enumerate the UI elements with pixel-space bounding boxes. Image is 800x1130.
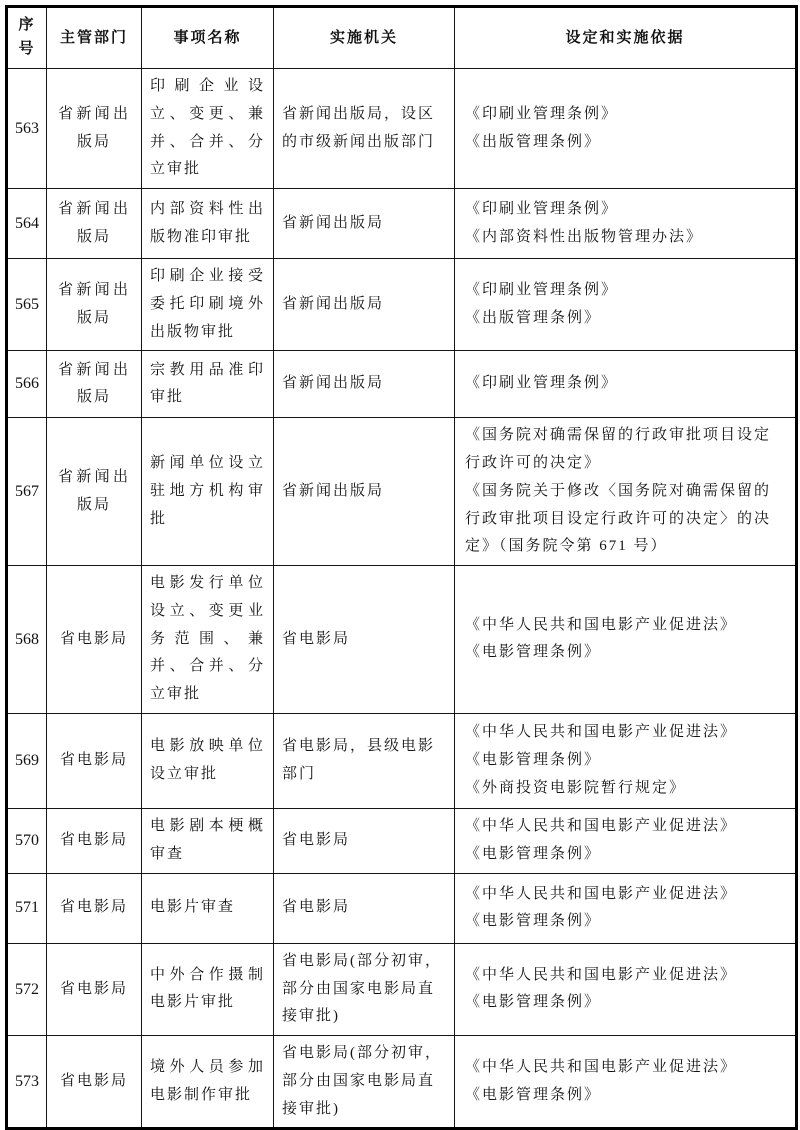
basis-cell: 《中华人民共和国电影产业促进法》 《电影管理条例》 — [455, 566, 797, 714]
agency-cell: 省电影局 — [274, 873, 455, 943]
item-name-cell: 境外人员参加电影制作审批 — [142, 1036, 274, 1129]
serial-cell: 568 — [7, 566, 47, 714]
department-cell: 省电影局 — [47, 1036, 142, 1129]
basis-line: 《中华人民共和国电影产业促进法》 — [465, 1054, 787, 1082]
item-name-cell: 印刷企业接受委托印刷境外出版物审批 — [142, 259, 274, 351]
basis-line: 《国务院对确需保留的行政审批项目设定行政许可的决定》 — [465, 422, 787, 478]
basis-line: 《外商投资电影院暂行规定》 — [465, 775, 787, 803]
department-cell: 省电影局 — [47, 566, 142, 714]
serial-cell: 570 — [7, 808, 47, 873]
table-row: 567 省新闻出版局 新闻单位设立驻地方机构审批 省新闻出版局 《国务院对确需保… — [7, 418, 797, 566]
serial-cell: 564 — [7, 189, 47, 259]
header-basis: 设定和实施依据 — [455, 7, 797, 69]
table-row: 568 省电影局 电影发行单位设立、变更业务范围、兼并、合并、分立审批 省电影局… — [7, 566, 797, 714]
basis-line: 《电影管理条例》 — [465, 989, 787, 1017]
serial-cell: 565 — [7, 259, 47, 351]
basis-line: 《国务院关于修改〈国务院对确需保留的行政审批项目设定行政许可的决定〉的决定》（国… — [465, 478, 787, 561]
agency-cell: 省新闻出版局 — [274, 189, 455, 259]
basis-line: 《中华人民共和国电影产业促进法》 — [465, 962, 787, 990]
basis-line: 《内部资料性出版物管理办法》 — [465, 224, 787, 252]
department-cell: 省电影局 — [47, 873, 142, 943]
header-row: 序号 主管部门 事项名称 实施机关 设定和实施依据 — [7, 7, 797, 69]
department-cell: 省新闻出版局 — [47, 259, 142, 351]
table-row: 563 省新闻出版局 印刷企业设立、变更、兼并、合并、分立审批 省新闻出版局，设… — [7, 69, 797, 189]
basis-cell: 《中华人民共和国电影产业促进法》 《电影管理条例》 — [455, 943, 797, 1035]
agency-cell: 省新闻出版局 — [274, 259, 455, 351]
basis-line: 《中华人民共和国电影产业促进法》 — [465, 881, 787, 909]
header-serial: 序号 — [7, 7, 47, 69]
basis-line: 《中华人民共和国电影产业促进法》 — [465, 719, 787, 747]
document-page: 序号 主管部门 事项名称 实施机关 设定和实施依据 563 省新闻出版局 印刷企… — [0, 0, 800, 1044]
table-row: 564 省新闻出版局 内部资料性出版物准印审批 省新闻出版局 《印刷业管理条例》… — [7, 189, 797, 259]
item-name-cell: 电影剧本梗概审查 — [142, 808, 274, 873]
serial-cell: 566 — [7, 351, 47, 418]
approval-items-table: 序号 主管部门 事项名称 实施机关 设定和实施依据 563 省新闻出版局 印刷企… — [5, 5, 798, 1130]
item-name-cell: 电影发行单位设立、变更业务范围、兼并、合并、分立审批 — [142, 566, 274, 714]
basis-line: 《中华人民共和国电影产业促进法》 — [465, 813, 787, 841]
agency-cell: 省新闻出版局，设区的市级新闻出版部门 — [274, 69, 455, 189]
agency-cell: 省新闻出版局 — [274, 418, 455, 566]
basis-line: 《出版管理条例》 — [465, 129, 787, 157]
department-cell: 省电影局 — [47, 943, 142, 1035]
header-department: 主管部门 — [47, 7, 142, 69]
basis-line: 《电影管理条例》 — [465, 747, 787, 775]
basis-cell: 《中华人民共和国电影产业促进法》 《电影管理条例》 — [455, 873, 797, 943]
basis-cell: 《中华人民共和国电影产业促进法》 《电影管理条例》 — [455, 1036, 797, 1129]
basis-cell: 《中华人民共和国电影产业促进法》 《电影管理条例》 《外商投资电影院暂行规定》 — [455, 713, 797, 808]
item-name-cell: 内部资料性出版物准印审批 — [142, 189, 274, 259]
header-item-name: 事项名称 — [142, 7, 274, 69]
basis-line: 《印刷业管理条例》 — [465, 277, 787, 305]
department-cell: 省电影局 — [47, 713, 142, 808]
table-row: 572 省电影局 中外合作摄制电影片审批 省电影局(部分初审，部分由国家电影局直… — [7, 943, 797, 1035]
serial-cell: 563 — [7, 69, 47, 189]
department-cell: 省新闻出版局 — [47, 189, 142, 259]
basis-line: 《电影管理条例》 — [465, 841, 787, 869]
basis-line: 《中华人民共和国电影产业促进法》 — [465, 612, 787, 640]
table-row: 573 省电影局 境外人员参加电影制作审批 省电影局(部分初审，部分由国家电影局… — [7, 1036, 797, 1129]
agency-cell: 省电影局 — [274, 566, 455, 714]
table-row: 571 省电影局 电影片审查 省电影局 《中华人民共和国电影产业促进法》 《电影… — [7, 873, 797, 943]
basis-line: 《电影管理条例》 — [465, 639, 787, 667]
agency-cell: 省电影局 — [274, 808, 455, 873]
table-row: 569 省电影局 电影放映单位设立审批 省电影局，县级电影部门 《中华人民共和国… — [7, 713, 797, 808]
serial-cell: 573 — [7, 1036, 47, 1129]
basis-line: 《印刷业管理条例》 — [465, 370, 787, 398]
basis-cell: 《国务院对确需保留的行政审批项目设定行政许可的决定》 《国务院关于修改〈国务院对… — [455, 418, 797, 566]
department-cell: 省新闻出版局 — [47, 351, 142, 418]
department-cell: 省新闻出版局 — [47, 69, 142, 189]
item-name-cell: 电影放映单位设立审批 — [142, 713, 274, 808]
basis-line: 《印刷业管理条例》 — [465, 101, 787, 129]
basis-line: 《印刷业管理条例》 — [465, 196, 787, 224]
serial-cell: 572 — [7, 943, 47, 1035]
agency-cell: 省电影局(部分初审，部分由国家电影局直接审批) — [274, 943, 455, 1035]
basis-cell: 《印刷业管理条例》 《出版管理条例》 — [455, 69, 797, 189]
basis-cell: 《印刷业管理条例》 《出版管理条例》 — [455, 259, 797, 351]
header-agency: 实施机关 — [274, 7, 455, 69]
item-name-cell: 宗教用品准印审批 — [142, 351, 274, 418]
basis-line: 《电影管理条例》 — [465, 908, 787, 936]
item-name-cell: 中外合作摄制电影片审批 — [142, 943, 274, 1035]
table-row: 570 省电影局 电影剧本梗概审查 省电影局 《中华人民共和国电影产业促进法》 … — [7, 808, 797, 873]
basis-line: 《电影管理条例》 — [465, 1082, 787, 1110]
serial-cell: 569 — [7, 713, 47, 808]
serial-cell: 571 — [7, 873, 47, 943]
item-name-cell: 印刷企业设立、变更、兼并、合并、分立审批 — [142, 69, 274, 189]
department-cell: 省新闻出版局 — [47, 418, 142, 566]
table-row: 565 省新闻出版局 印刷企业接受委托印刷境外出版物审批 省新闻出版局 《印刷业… — [7, 259, 797, 351]
item-name-cell: 电影片审查 — [142, 873, 274, 943]
agency-cell: 省新闻出版局 — [274, 351, 455, 418]
agency-cell: 省电影局，县级电影部门 — [274, 713, 455, 808]
department-cell: 省电影局 — [47, 808, 142, 873]
basis-line: 《出版管理条例》 — [465, 305, 787, 333]
basis-cell: 《印刷业管理条例》 《内部资料性出版物管理办法》 — [455, 189, 797, 259]
table-row: 566 省新闻出版局 宗教用品准印审批 省新闻出版局 《印刷业管理条例》 — [7, 351, 797, 418]
item-name-cell: 新闻单位设立驻地方机构审批 — [142, 418, 274, 566]
basis-cell: 《印刷业管理条例》 — [455, 351, 797, 418]
agency-cell: 省电影局(部分初审，部分由国家电影局直接审批) — [274, 1036, 455, 1129]
basis-cell: 《中华人民共和国电影产业促进法》 《电影管理条例》 — [455, 808, 797, 873]
serial-cell: 567 — [7, 418, 47, 566]
